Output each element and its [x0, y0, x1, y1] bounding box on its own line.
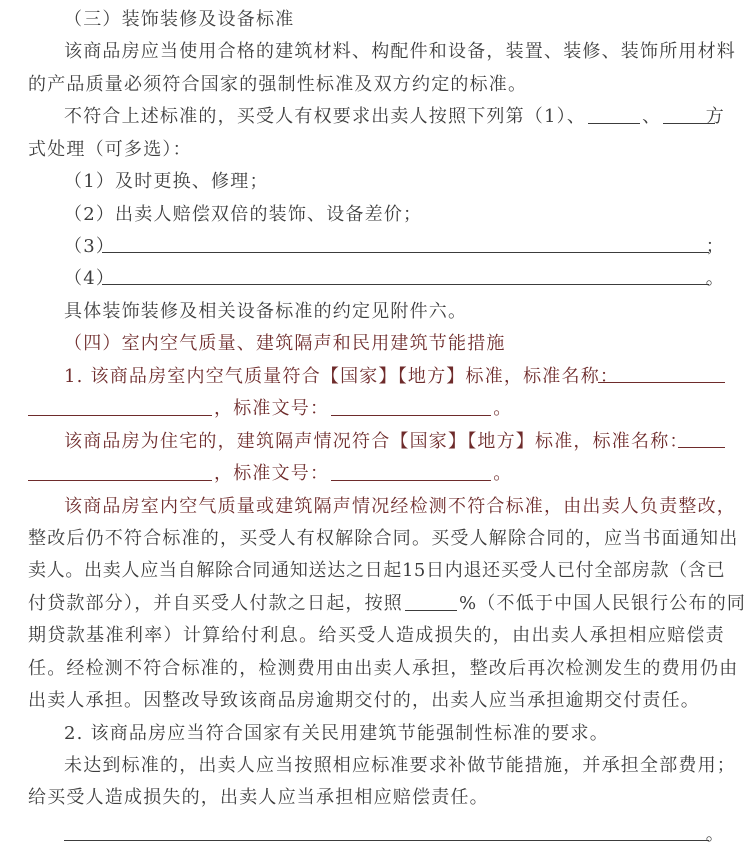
sound-standard-name-blank[interactable] — [678, 447, 725, 448]
air-standard-name-blank-cont[interactable] — [28, 397, 212, 416]
sound-line1: 该商品房为住宅的，建筑隔声情况符合【国家】【地方】标准，标准名称： — [64, 429, 725, 455]
section3-heading: （三）装饰装修及设备标准 — [64, 7, 725, 33]
option-1: （1）及时更换、修理； — [64, 169, 725, 195]
air-quality-text: 1. 该商品房室内空气质量符合【国家】【地方】标准，标准名称： — [64, 366, 619, 387]
sound-line2: ，标准文号：。 — [28, 461, 725, 487]
sound-text: 该商品房为住宅的，建筑隔声情况符合【国家】【地方】标准，标准名称： — [64, 431, 689, 452]
period: 。 — [493, 463, 512, 484]
remedy-line4: 付贷款部分），并自买受人付款之日起，按照%（不低于中国人民银行公布的同 — [28, 591, 725, 617]
option-4-label: （4） — [64, 268, 115, 289]
additional-terms-blank[interactable] — [64, 840, 709, 841]
section3-para2-line2: 式处理（可多选）： — [28, 137, 725, 163]
energy-item2-line2: 未达到标准的，出卖人应当按照相应标准要求补做节能措施，并承担全部费用； — [64, 753, 725, 779]
contract-page: （三）装饰装修及设备标准 该商品房应当使用合格的建筑材料、构配件和设备，装置、装… — [0, 0, 750, 848]
option-3-blank[interactable] — [102, 252, 709, 253]
remedy-line1: 该商品房室内空气质量或建筑隔声情况经检测不符合标准，由出卖人负责整改， — [64, 494, 725, 520]
para2-text: 不符合上述标准的，买受人有权要求出卖人按照下列第（1）、 — [64, 106, 586, 127]
air-quality-line2: ，标准文号：。 — [28, 396, 725, 422]
remedy-line4-tail: %（不低于中国人民银行公布的同 — [459, 593, 746, 614]
option-4-blank[interactable] — [102, 284, 709, 285]
sound-standard-name-blank-cont[interactable] — [28, 462, 212, 481]
additional-terms-end: 。 — [706, 822, 725, 848]
option-blank-2[interactable] — [588, 105, 640, 124]
std-no-label: ，标准文号： — [214, 463, 329, 484]
section4-heading: （四）室内空气质量、建筑隔声和民用建筑节能措施 — [64, 331, 725, 357]
remedy-line4-text: 付贷款部分），并自买受人付款之日起，按照 — [28, 593, 403, 614]
section3-para1-line1: 该商品房应当使用合格的建筑材料、构配件和设备，装置、装修、装饰所用材料 — [64, 39, 725, 65]
air-quality-line1: 1. 该商品房室内空气质量符合【国家】【地方】标准，标准名称： — [64, 364, 725, 390]
separator: 、 — [642, 106, 661, 127]
interest-rate-blank[interactable] — [405, 592, 457, 611]
sound-standard-no-blank[interactable] — [331, 462, 491, 481]
option-4-end: 。 — [706, 266, 725, 292]
air-standard-name-blank[interactable] — [598, 382, 725, 383]
option-3-label: （3） — [64, 236, 115, 257]
energy-item2-line3: 给买受人造成损失的，出卖人应当承担相应赔偿责任。 — [28, 785, 725, 811]
section3-para1-line2: 的产品质量必须符合国家的强制性标准及双方约定的标准。 — [28, 72, 725, 98]
option-3: （3） ； — [64, 234, 725, 260]
period: 。 — [493, 398, 512, 419]
remedy-line5: 期贷款基准利率）计算给付利息。给买受人造成损失的，由出卖人承担相应赔偿责 — [28, 623, 725, 649]
option-3-end: ； — [706, 234, 725, 260]
remedy-line7: 出卖人承担。因整改导致该商品房逾期交付的，出卖人应当承担逾期交付责任。 — [28, 688, 725, 714]
option-2: （2）出卖人赔偿双倍的装饰、设备差价； — [64, 202, 725, 228]
additional-terms-line: 。 — [64, 822, 725, 848]
air-standard-no-blank[interactable] — [331, 397, 491, 416]
remedy-line6: 任。经检测不符合标准的，检测费用由出卖人承担，整改后再次检测发生的费用仍由 — [28, 656, 725, 682]
para2-tail: 方 — [706, 104, 725, 130]
section3-para2-line1: 不符合上述标准的，买受人有权要求出卖人按照下列第（1）、、方 — [64, 104, 725, 130]
appendix-note: 具体装饰装修及相关设备标准的约定见附件六。 — [64, 299, 725, 325]
remedy-line2: 整改后仍不符合标准的，买受人有权解除合同。买受人解除合同的，应当书面通知出 — [28, 526, 725, 552]
remedy-line3: 卖人。出卖人应当自解除合同通知送达之日起15日内退还买受人已付全部房款（含已 — [28, 558, 725, 584]
std-no-label: ，标准文号： — [214, 398, 329, 419]
option-4: （4） 。 — [64, 266, 725, 292]
energy-item2-line1: 2. 该商品房应当符合国家有关民用建筑节能强制性标准的要求。 — [64, 721, 725, 747]
